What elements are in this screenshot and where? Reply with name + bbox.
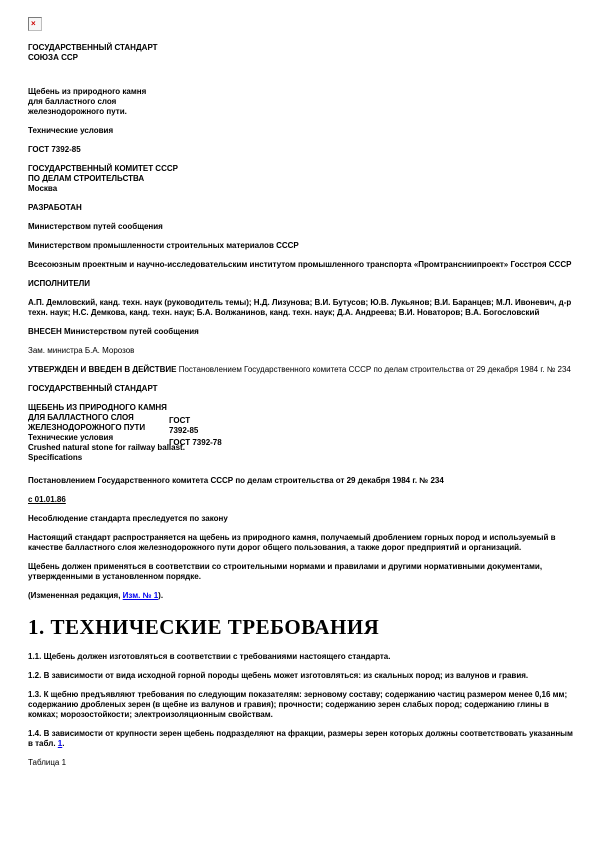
- executors-label: ИСПОЛНИТЕЛИ: [28, 279, 575, 289]
- standard-header-line2: СОЮЗА ССР: [28, 53, 575, 63]
- effective-date-text: с 01.01.86: [28, 495, 66, 504]
- approved-label: УТВЕРЖДЕН И ВВЕДЕН В ДЕЙСТВИЕ: [28, 365, 176, 374]
- title-line1: Щебень из природного камня: [28, 87, 575, 97]
- scope-paragraph-2: Щебень должен применяться в соответствии…: [28, 562, 575, 582]
- developed-by-item: Министерством путей сообщения: [28, 222, 575, 232]
- title-block-right: ГОСТ 7392-85 ГОСТ 7392-78: [169, 416, 222, 463]
- paragraph-1-4-suffix: .: [62, 739, 64, 748]
- title-block-table: ЩЕБЕНЬ ИЗ ПРИРОДНОГО КАМНЯ ДЛЯ БАЛЛАСТНО…: [28, 403, 575, 463]
- title-block-english-line2: Specifications: [28, 453, 169, 463]
- standard-header-line1: ГОСУДАРСТВЕННЫЙ СТАНДАРТ: [28, 43, 575, 53]
- gost-word: ГОСТ: [169, 416, 222, 426]
- decree-line: Постановлением Государственного комитета…: [28, 476, 575, 486]
- gost-num: 7392-85: [169, 426, 222, 436]
- amendment-prefix: (Измененная редакция,: [28, 591, 123, 600]
- paragraph-1-4: 1.4. В зависимости от крупности зерен ще…: [28, 729, 575, 749]
- title-block-english-line1: Crushed natural stone for railway ballas…: [28, 443, 169, 453]
- developed-by-item: Всесоюзным проектным и научно-исследоват…: [28, 260, 575, 270]
- developed-by-item: Министерством промышленности строительны…: [28, 241, 575, 251]
- approved-paragraph: УТВЕРЖДЕН И ВВЕДЕН В ДЕЙСТВИЕ Постановле…: [28, 365, 575, 375]
- paragraph-1-1: 1.1. Щебень должен изготовляться в соотв…: [28, 652, 575, 662]
- broken-image-x-glyph: ×: [31, 18, 36, 30]
- committee-line2: ПО ДЕЛАМ СТРОИТЕЛЬСТВА: [28, 174, 575, 184]
- title-block-left: ЩЕБЕНЬ ИЗ ПРИРОДНОГО КАМНЯ ДЛЯ БАЛЛАСТНО…: [28, 403, 169, 463]
- executors-list: А.П. Демловский, канд. техн. наук (руков…: [28, 298, 575, 318]
- developed-label: РАЗРАБОТАН: [28, 203, 575, 213]
- document-page: × ГОСУДАРСТВЕННЫЙ СТАНДАРТ СОЮЗА ССР Щеб…: [0, 0, 595, 768]
- committee-block: ГОСУДАРСТВЕННЫЙ КОМИТЕТ СССР ПО ДЕЛАМ СТ…: [28, 164, 575, 194]
- committee-line1: ГОСУДАРСТВЕННЫЙ КОМИТЕТ СССР: [28, 164, 575, 174]
- standard-header: ГОСУДАРСТВЕННЫЙ СТАНДАРТ СОЮЗА ССР: [28, 43, 575, 63]
- state-standard-label: ГОСУДАРСТВЕННЫЙ СТАНДАРТ: [28, 384, 575, 394]
- committee-city: Москва: [28, 184, 575, 194]
- paragraph-1-4-text: 1.4. В зависимости от крупности зерен ще…: [28, 729, 573, 748]
- submitted-line: ВНЕСЕН Министерством путей сообщения: [28, 327, 575, 337]
- gost-number: ГОСТ 7392-85: [28, 145, 575, 155]
- amendment-link[interactable]: Изм. № 1: [123, 591, 158, 600]
- law-notice: Несоблюдение стандарта преследуется по з…: [28, 514, 575, 524]
- paragraph-1-3: 1.3. К щебню предъявляют требования по с…: [28, 690, 575, 720]
- title-block-subtitle: Технические условия: [28, 433, 169, 443]
- effective-date: с 01.01.86: [28, 495, 575, 505]
- title-subtitle: Технические условия: [28, 126, 575, 136]
- amendment-suffix: ).: [158, 591, 163, 600]
- scope-paragraph-1: Настоящий стандарт распространяется на щ…: [28, 533, 575, 553]
- table-1-caption: Таблица 1: [28, 758, 575, 768]
- paragraph-1-2: 1.2. В зависимости от вида исходной горн…: [28, 671, 575, 681]
- title-block-caps-line1: ЩЕБЕНЬ ИЗ ПРИРОДНОГО КАМНЯ: [28, 403, 169, 413]
- title-line3: железнодорожного пути.: [28, 107, 575, 117]
- title-line2: для балластного слоя: [28, 97, 575, 107]
- gost-replaces: ГОСТ 7392-78: [169, 438, 222, 448]
- document-title: Щебень из природного камня для балластно…: [28, 87, 575, 117]
- section-1-heading: 1. ТЕХНИЧЕСКИЕ ТРЕБОВАНИЯ: [28, 616, 575, 639]
- approved-text: Постановлением Государственного комитета…: [179, 365, 571, 374]
- amendment-note: (Измененная редакция, Изм. № 1).: [28, 591, 575, 601]
- deputy-minister-line: Зам. министра Б.А. Морозов: [28, 346, 575, 356]
- broken-image-icon: ×: [28, 17, 42, 31]
- title-block-caps-line2: ДЛЯ БАЛЛАСТНОГО СЛОЯ: [28, 413, 169, 423]
- title-block-caps-line3: ЖЕЛЕЗНОДОРОЖНОГО ПУТИ: [28, 423, 169, 433]
